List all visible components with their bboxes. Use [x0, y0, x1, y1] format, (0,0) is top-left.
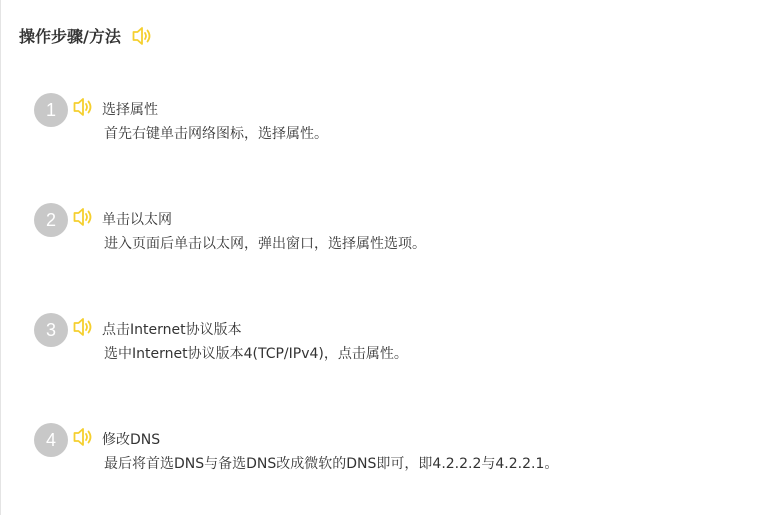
step-item: 3 点击Internet协议版本 选中Internet协议版本4(TCP/IPv… — [34, 313, 754, 347]
step-description: 选中Internet协议版本4(TCP/IPv4)，点击属性。 — [104, 343, 408, 363]
speaker-icon[interactable] — [72, 426, 94, 448]
step-item: 4 修改DNS 最后将首选DNS与备选DNS改成微软的DNS即可，即4.2.2.… — [34, 423, 754, 457]
speaker-icon[interactable] — [131, 25, 153, 47]
step-title: 修改DNS — [102, 429, 160, 449]
step-description: 首先右键单击网络图标，选择属性。 — [104, 123, 328, 143]
step-description: 进入页面后单击以太网，弹出窗口，选择属性选项。 — [104, 233, 426, 253]
step-title: 点击Internet协议版本 — [102, 319, 242, 339]
step-number-badge: 1 — [34, 93, 68, 127]
speaker-icon[interactable] — [72, 206, 94, 228]
step-title: 选择属性 — [102, 99, 158, 119]
section-header: 操作步骤/方法 — [19, 22, 153, 48]
step-header: 1 选择属性 — [34, 93, 754, 127]
step-description: 最后将首选DNS与备选DNS改成微软的DNS即可，即4.2.2.2与4.2.2.… — [104, 453, 558, 473]
step-number-badge: 3 — [34, 313, 68, 347]
step-number-badge: 4 — [34, 423, 68, 457]
step-number-badge: 2 — [34, 203, 68, 237]
section-title: 操作步骤/方法 — [19, 24, 121, 47]
speaker-icon[interactable] — [72, 96, 94, 118]
step-title: 单击以太网 — [102, 209, 172, 229]
left-border — [0, 0, 1, 515]
step-header: 3 点击Internet协议版本 — [34, 313, 754, 347]
step-item: 2 单击以太网 进入页面后单击以太网，弹出窗口，选择属性选项。 — [34, 203, 754, 237]
step-item: 1 选择属性 首先右键单击网络图标，选择属性。 — [34, 93, 754, 127]
step-header: 4 修改DNS — [34, 423, 754, 457]
step-header: 2 单击以太网 — [34, 203, 754, 237]
speaker-icon[interactable] — [72, 316, 94, 338]
